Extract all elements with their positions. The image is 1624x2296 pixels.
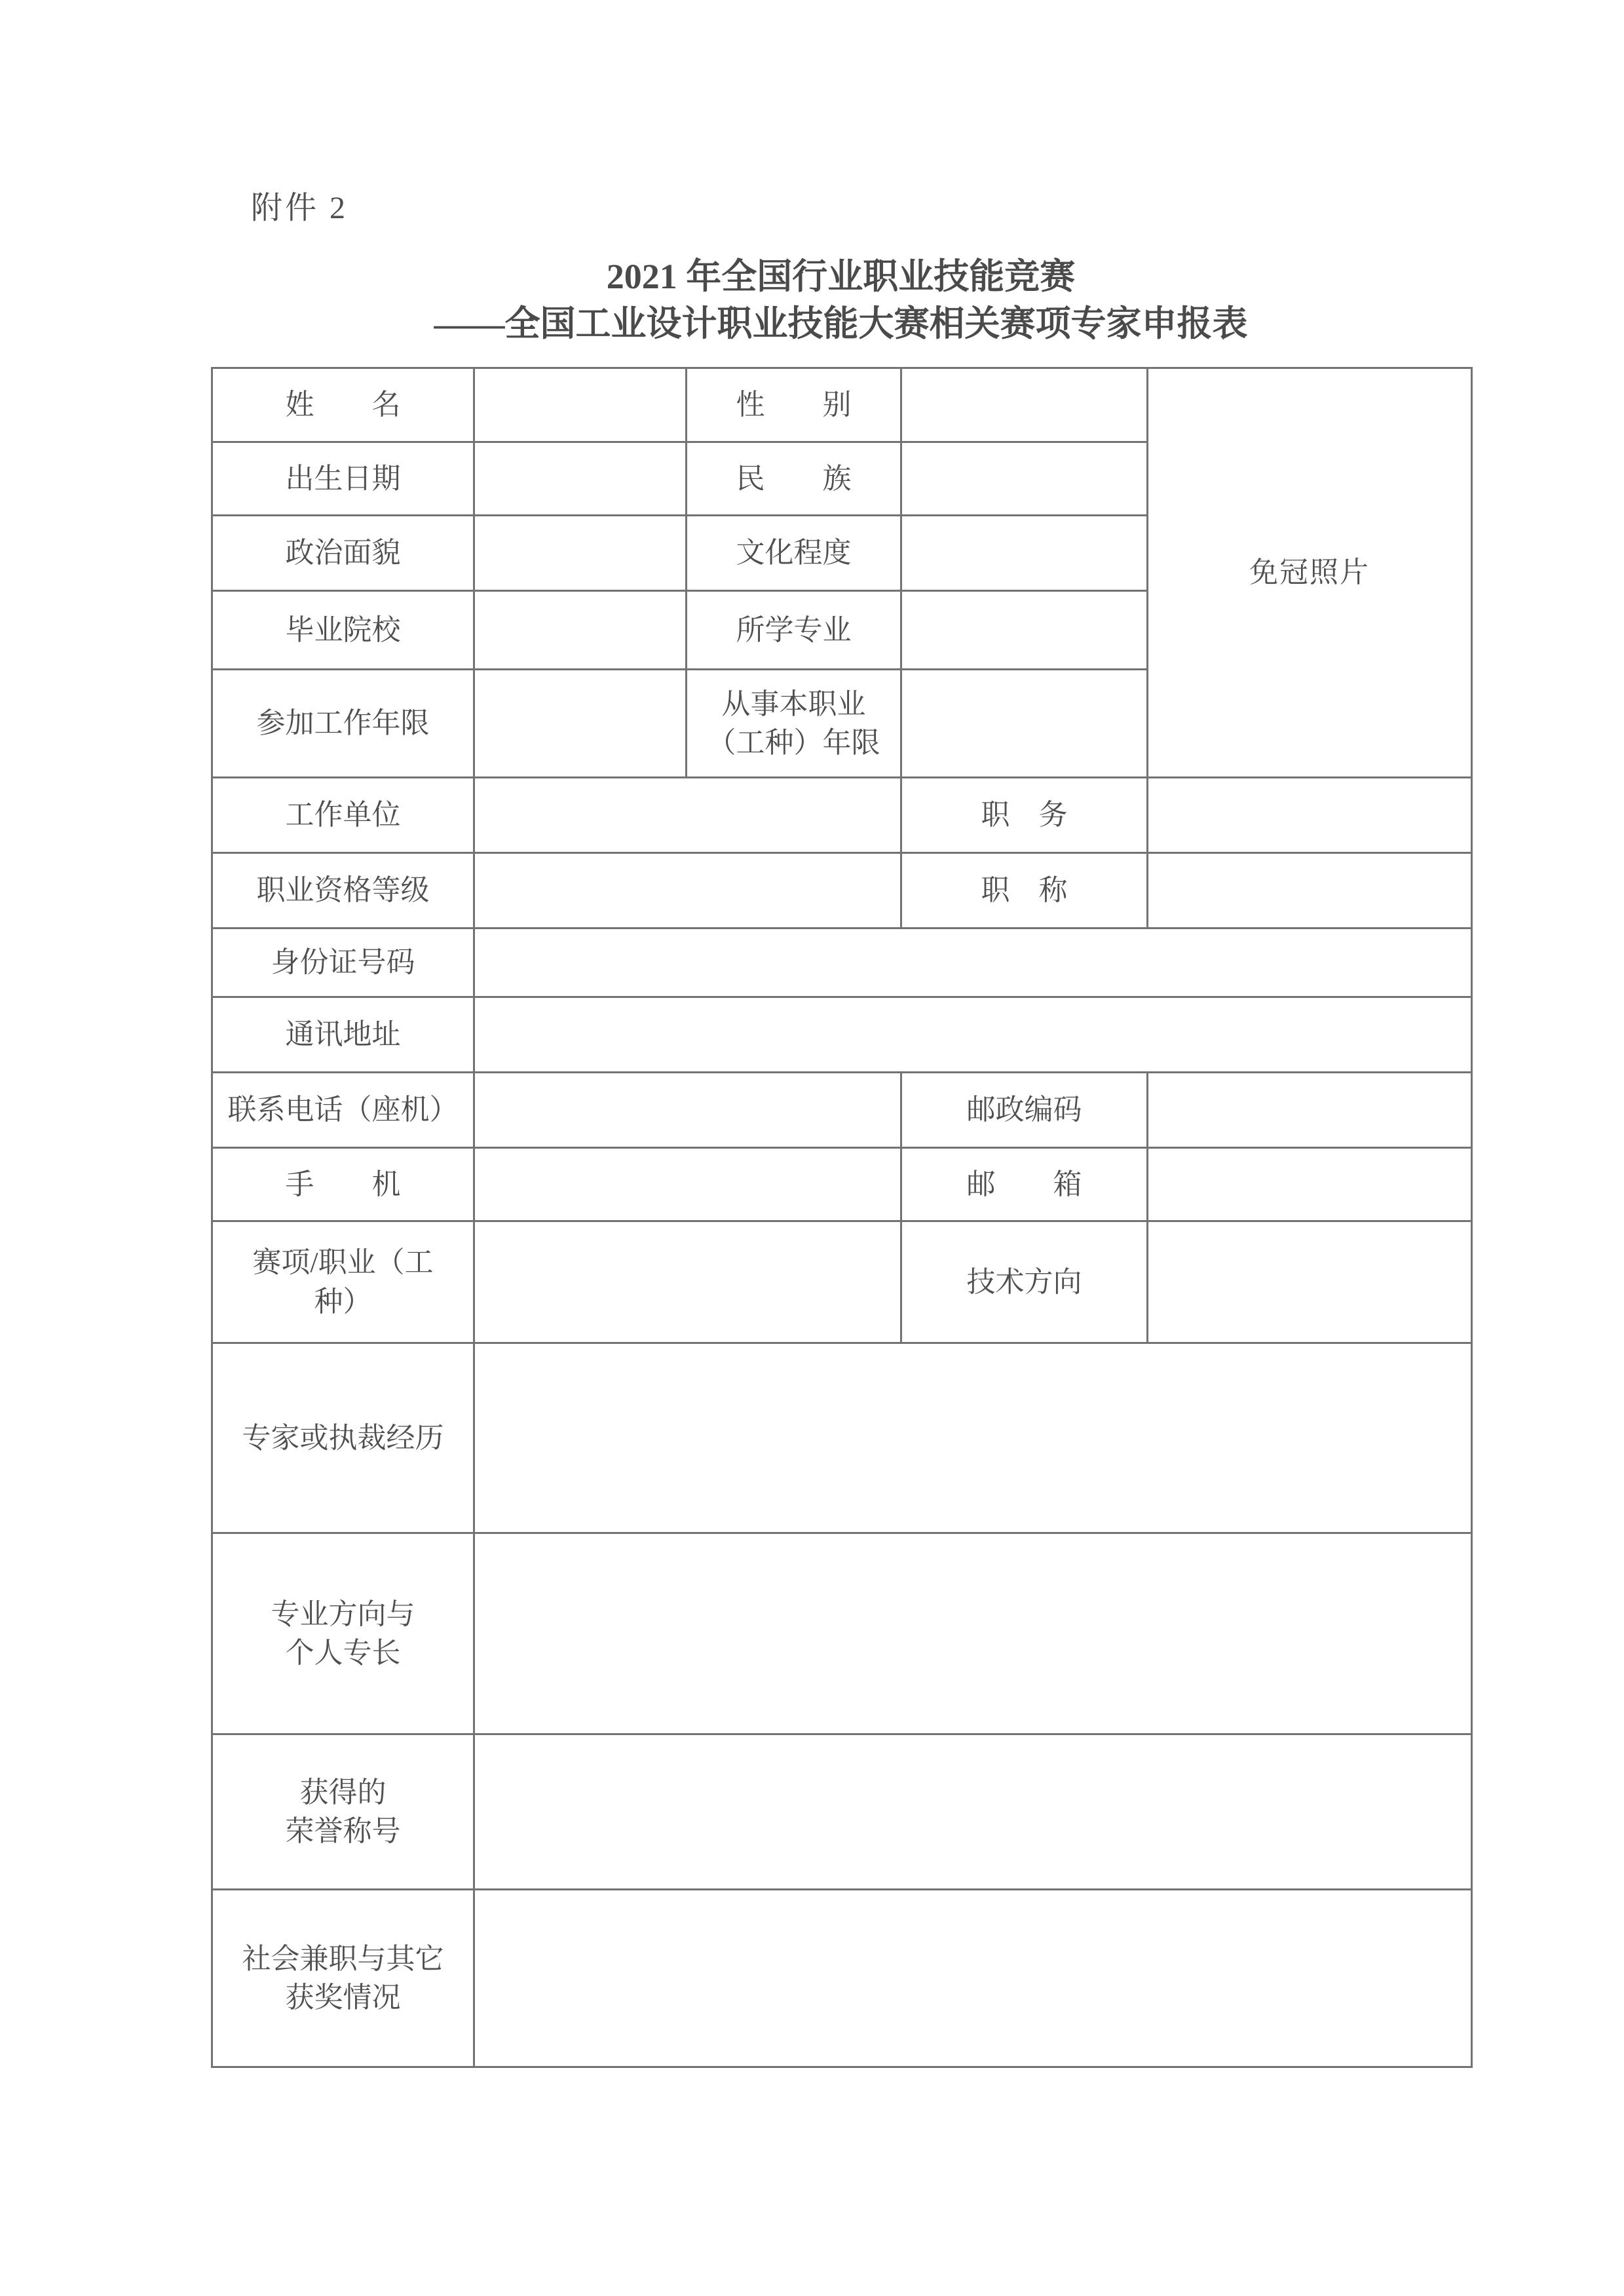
field-value-gender bbox=[901, 368, 1148, 442]
field-label-gender: 性 别 bbox=[687, 368, 901, 442]
field-value-id-number bbox=[474, 928, 1472, 997]
field-value-name bbox=[474, 368, 687, 442]
field-value-landline-phone bbox=[474, 1073, 901, 1148]
field-label-political-status: 政治面貌 bbox=[212, 516, 474, 591]
document-page: 附件 2 2021 年全国行业职业技能竞赛 ——全国工业设计职业技能大赛相关赛项… bbox=[0, 0, 1624, 2296]
attachment-label: 附件 2 bbox=[251, 182, 348, 227]
field-label-expert-referee-experience: 专家或执裁经历 bbox=[212, 1343, 474, 1533]
field-value-expert-referee-experience bbox=[474, 1343, 1472, 1533]
table-row: 通讯地址 bbox=[212, 997, 1472, 1073]
field-label-landline-phone: 联系电话（座机） bbox=[212, 1073, 474, 1148]
table-row: 获得的 荣誉称号 bbox=[212, 1734, 1472, 1890]
field-label-professional-direction-specialty: 专业方向与 个人专长 bbox=[212, 1533, 474, 1734]
field-label-qualification-level: 职业资格等级 bbox=[212, 853, 474, 928]
field-label-ethnicity: 民 族 bbox=[687, 442, 901, 516]
field-value-work-years bbox=[474, 670, 687, 778]
field-value-honorary-titles bbox=[474, 1734, 1472, 1890]
field-value-competition-occupation bbox=[474, 1221, 901, 1343]
field-label-education-level: 文化程度 bbox=[687, 516, 901, 591]
field-value-political-status bbox=[474, 516, 687, 591]
field-value-major bbox=[901, 591, 1148, 670]
field-label-postal-code: 邮政编码 bbox=[901, 1073, 1148, 1148]
field-value-postal-code bbox=[1148, 1073, 1472, 1148]
field-label-name: 姓 名 bbox=[212, 368, 474, 442]
field-value-professional-title bbox=[1148, 853, 1472, 928]
field-value-technical-direction bbox=[1148, 1221, 1472, 1343]
table-row: 姓 名 性 别 免冠照片 bbox=[212, 368, 1472, 442]
table-row: 身份证号码 bbox=[212, 928, 1472, 997]
field-label-position: 职 务 bbox=[901, 778, 1148, 853]
table-row: 工作单位 职 务 bbox=[212, 778, 1472, 853]
field-value-position bbox=[1148, 778, 1472, 853]
field-label-id-number: 身份证号码 bbox=[212, 928, 474, 997]
field-value-email bbox=[1148, 1148, 1472, 1221]
field-label-graduate-school: 毕业院校 bbox=[212, 591, 474, 670]
field-value-mobile-phone bbox=[474, 1148, 901, 1221]
photo-placeholder: 免冠照片 bbox=[1148, 368, 1472, 778]
field-value-professional-direction-specialty bbox=[474, 1533, 1472, 1734]
table-row: 联系电话（座机） 邮政编码 bbox=[212, 1073, 1472, 1148]
field-value-qualification-level bbox=[474, 853, 901, 928]
field-label-professional-title: 职 称 bbox=[901, 853, 1148, 928]
field-label-major: 所学专业 bbox=[687, 591, 901, 670]
field-label-social-positions-awards: 社会兼职与其它 获奖情况 bbox=[212, 1890, 474, 2067]
field-label-mailing-address: 通讯地址 bbox=[212, 997, 474, 1073]
field-value-ethnicity bbox=[901, 442, 1148, 516]
table-row: 手 机 邮 箱 bbox=[212, 1148, 1472, 1221]
table-row: 专家或执裁经历 bbox=[212, 1343, 1472, 1533]
field-value-work-unit bbox=[474, 778, 901, 853]
field-label-birth-date: 出生日期 bbox=[212, 442, 474, 516]
table-row: 社会兼职与其它 获奖情况 bbox=[212, 1890, 1472, 2067]
document-title: 2021 年全国行业职业技能竞赛 ——全国工业设计职业技能大赛相关赛项专家申报表 bbox=[211, 253, 1471, 347]
field-label-competition-occupation: 赛项/职业（工 种） bbox=[212, 1221, 474, 1343]
field-value-education-level bbox=[901, 516, 1148, 591]
field-label-work-unit: 工作单位 bbox=[212, 778, 474, 853]
field-label-mobile-phone: 手 机 bbox=[212, 1148, 474, 1221]
field-value-graduate-school bbox=[474, 591, 687, 670]
field-label-email: 邮 箱 bbox=[901, 1148, 1148, 1221]
field-value-occupation-years bbox=[901, 670, 1148, 778]
table-row: 赛项/职业（工 种） 技术方向 bbox=[212, 1221, 1472, 1343]
field-value-birth-date bbox=[474, 442, 687, 516]
title-line-1: 2021 年全国行业职业技能竞赛 bbox=[211, 253, 1471, 300]
field-label-honorary-titles: 获得的 荣誉称号 bbox=[212, 1734, 474, 1890]
application-form-table: 姓 名 性 别 免冠照片 出生日期 民 族 政治面貌 文化程度 毕业院校 所学专… bbox=[211, 367, 1473, 2068]
field-value-social-positions-awards bbox=[474, 1890, 1472, 2067]
table-row: 职业资格等级 职 称 bbox=[212, 853, 1472, 928]
field-value-mailing-address bbox=[474, 997, 1472, 1073]
field-label-work-years: 参加工作年限 bbox=[212, 670, 474, 778]
table-row: 专业方向与 个人专长 bbox=[212, 1533, 1472, 1734]
field-label-technical-direction: 技术方向 bbox=[901, 1221, 1148, 1343]
field-label-occupation-years: 从事本职业 （工种）年限 bbox=[687, 670, 901, 778]
title-line-2: ——全国工业设计职业技能大赛相关赛项专家申报表 bbox=[211, 300, 1471, 347]
